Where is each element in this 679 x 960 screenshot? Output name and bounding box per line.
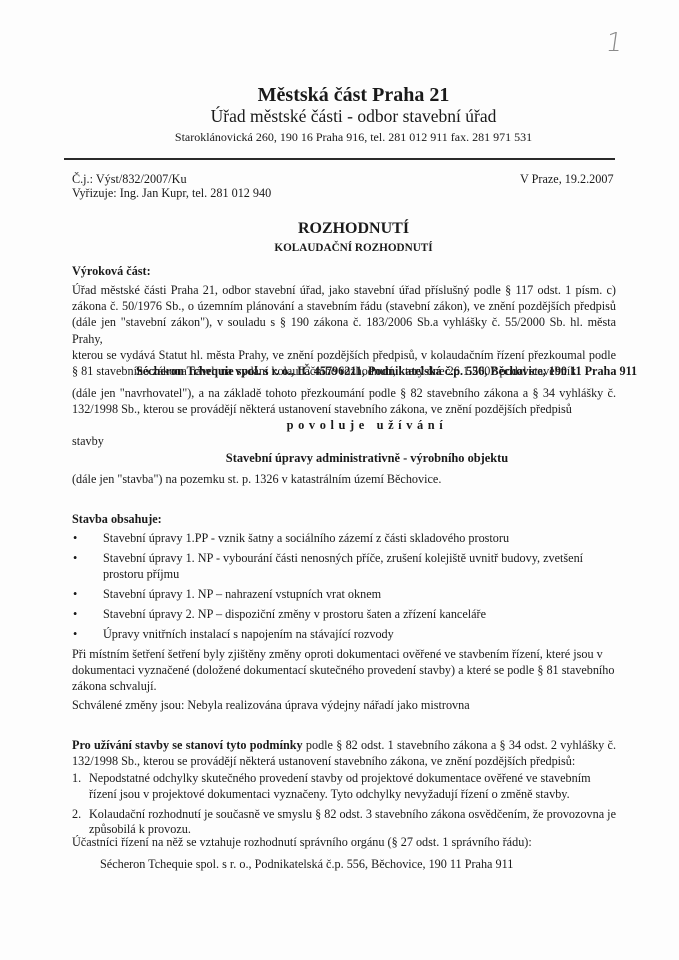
approved-changes: Schválené změny jsou: Nebyla realizována… xyxy=(72,698,470,713)
paragraph-line: Pro užívání stavby se stanoví tyto podmí… xyxy=(72,737,616,753)
list-item: 1.Nepodstatné odchylky skutečného proved… xyxy=(72,771,616,802)
intro-line: kterou se vydává Statut hl. města Prahy,… xyxy=(72,347,616,363)
handwritten-page-number: 1 xyxy=(604,28,625,58)
decision-title: ROZHODNUTÍ xyxy=(0,220,679,238)
participant-item: Sécheron Tchequie spol. s r. o., Podnika… xyxy=(100,857,513,872)
paragraph-line: 132/1998 Sb., kterou se provádějí někter… xyxy=(72,401,616,417)
bullet-icon: • xyxy=(73,587,77,603)
intro-line: Úřad městské části Praha 21, odbor stave… xyxy=(72,282,616,298)
document-page: 1 Městská část Praha 21 Úřad městské čás… xyxy=(0,0,679,960)
intro-line: zákona č. 50/1976 Sb., o územním plánová… xyxy=(72,298,616,314)
bullet-icon: • xyxy=(73,551,77,567)
bullet-icon: • xyxy=(73,627,77,643)
letterhead-subtitle: Úřad městské části - odbor stavební úřad xyxy=(0,106,679,127)
verdict: povoluje užívání xyxy=(0,418,679,433)
list-item: •Úpravy vnitřních instalací s napojením … xyxy=(72,627,616,643)
applicant: Sécheron Tchequie spol. s r. o., IČ 4579… xyxy=(136,364,637,379)
conditions-list: 1.Nepodstatné odchylky skutečného proved… xyxy=(72,771,616,842)
section-heading: Výroková část: xyxy=(72,264,151,279)
building-location: (dále jen "stavba") na pozemku st. p. 13… xyxy=(72,472,441,487)
letterhead-address: Staroklánovická 260, 190 16 Praha 916, t… xyxy=(0,130,679,145)
contents-heading: Stavba obsahuje: xyxy=(72,512,162,527)
handled-by: Vyřizuje: Ing. Jan Kupr, tel. 281 012 94… xyxy=(72,186,271,201)
list-item: •Stavební úpravy 1. NP - vybourání části… xyxy=(72,551,616,582)
list-item: •Stavební úpravy 2. NP – dispoziční změn… xyxy=(72,607,616,623)
reference-number: Č.j.: Výst/832/2007/Ku xyxy=(72,172,187,187)
paragraph-line: dokumentaci vyznačené (doložené dokument… xyxy=(72,662,616,678)
header-divider xyxy=(64,158,615,160)
paragraph-line: zákona schvalují. xyxy=(72,678,616,694)
after-applicant-paragraph: (dále jen "navrhovatel"), a na základě t… xyxy=(72,385,616,417)
paragraph-line: 132/1998 Sb., kterou se provádějí někter… xyxy=(72,753,616,769)
conditions-lead: Pro užívání stavby se stanoví tyto podmí… xyxy=(72,738,303,752)
contents-list: •Stavební úpravy 1.PP - vznik šatny a so… xyxy=(72,531,616,647)
building-name: Stavební úpravy administrativně - výrobn… xyxy=(0,451,679,466)
paragraph-line: (dále jen "navrhovatel"), a na základě t… xyxy=(72,385,616,401)
bullet-icon: • xyxy=(73,531,77,547)
place-date: V Praze, 19.2.2007 xyxy=(520,172,614,187)
participants-heading: Účastníci řízení na něž se vztahuje rozh… xyxy=(72,835,532,850)
building-word: stavby xyxy=(72,434,104,449)
bullet-icon: • xyxy=(73,607,77,623)
conditions-paragraph: Pro užívání stavby se stanoví tyto podmí… xyxy=(72,737,616,769)
list-item: •Stavební úpravy 1.PP - vznik šatny a so… xyxy=(72,531,616,547)
list-item: •Stavební úpravy 1. NP – nahrazení vstup… xyxy=(72,587,616,603)
decision-subtitle: KOLAUDAČNÍ ROZHODNUTÍ xyxy=(0,242,679,254)
intro-line: (dále jen "stavební zákon"), v souladu s… xyxy=(72,314,616,346)
list-item: 2.Kolaudační rozhodnutí je současně ve s… xyxy=(72,807,616,838)
paragraph-line: Při místním šetření šetření byly zjištěn… xyxy=(72,646,616,662)
findings-paragraph: Při místním šetření šetření byly zjištěn… xyxy=(72,646,616,695)
letterhead-title: Městská část Praha 21 xyxy=(0,84,679,107)
